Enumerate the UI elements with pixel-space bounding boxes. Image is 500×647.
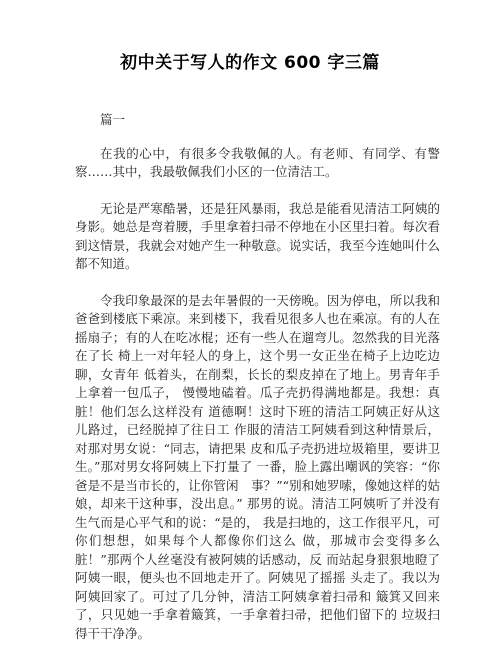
section-heading: 篇一 (75, 111, 440, 130)
essay-paragraph-1: 在我的心中，有很多令我敬佩的人。有老师、有同学、有警察……其中，我最敬佩我们小区… (75, 145, 440, 182)
essay-paragraph-3: 令我印象最深的是去年暑假的一天傍晚。因为停电，所以我和爸爸到楼底下乘凉。来到楼下… (75, 292, 440, 644)
document-title: 初中关于写人的作文 600 字三篇 (0, 48, 500, 73)
essay-body: 篇一 在我的心中，有很多令我敬佩的人。有老师、有同学、有警察……其中，我最敬佩我… (75, 111, 440, 643)
essay-paragraph-2: 无论是严寒酷暑，还是狂风暴雨，我总是能看见清洁工阿姨的身影。她总是弯着腰，手里拿… (75, 200, 440, 274)
document-page: 初中关于写人的作文 600 字三篇 篇一 在我的心中，有很多令我敬佩的人。有老师… (0, 0, 500, 647)
